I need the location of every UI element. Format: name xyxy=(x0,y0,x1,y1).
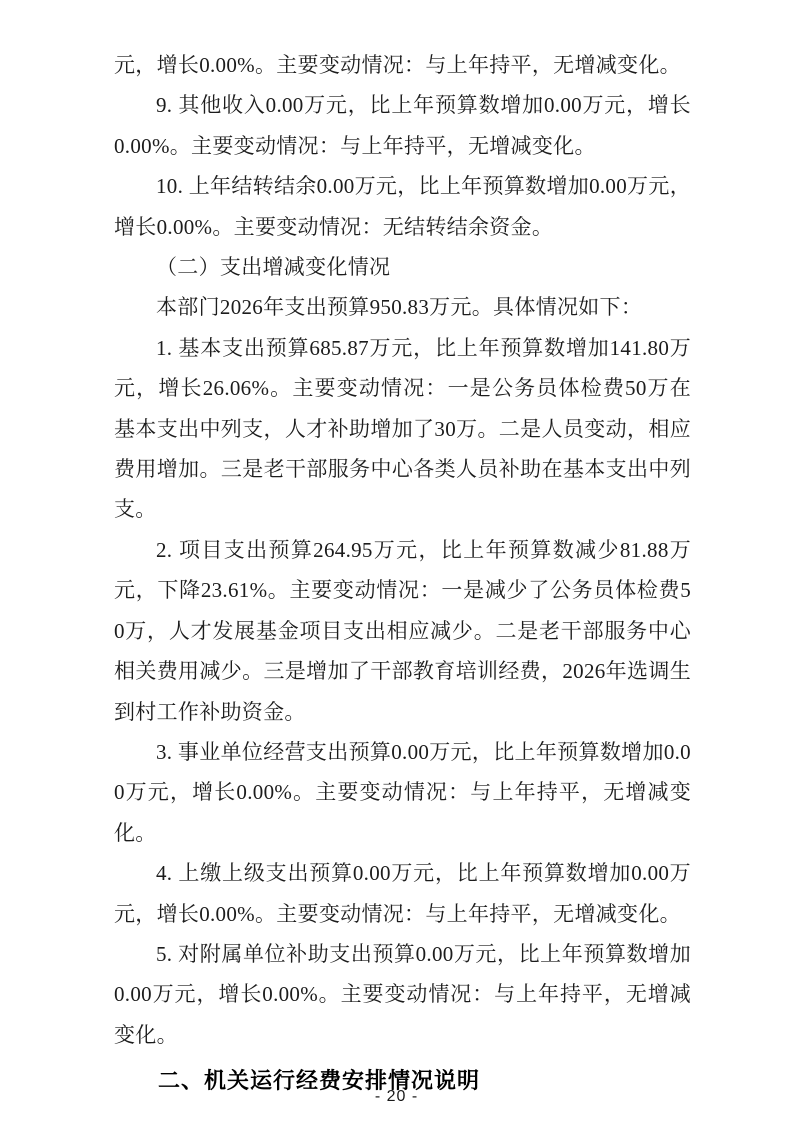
paragraph-item-9-other-income: 9. 其他收入0.00万元，比上年预算数增加0.00万元，增长0.00%。主要变… xyxy=(114,85,691,166)
document-page: 元，增长0.00%。主要变动情况：与上年持平，无增减变化。 9. 其他收入0.0… xyxy=(0,0,793,1122)
page-number: - 20 - xyxy=(375,1088,418,1105)
paragraph-item-2-project-expenditure: 2. 项目支出预算264.95万元，比上年预算数减少81.88万元，下降23.6… xyxy=(114,530,691,732)
paragraph-item-3-operating-expenditure: 3. 事业单位经营支出预算0.00万元，比上年预算数增加0.00万元，增长0.0… xyxy=(114,732,691,853)
page-footer: - 20 - xyxy=(0,1088,793,1106)
paragraph-item-1-basic-expenditure: 1. 基本支出预算685.87万元，比上年预算数增加141.80万元，增长26.… xyxy=(114,328,691,530)
paragraph-continuation: 元，增长0.00%。主要变动情况：与上年持平，无增减变化。 xyxy=(114,45,691,85)
paragraph-item-4-upward-payment: 4. 上缴上级支出预算0.00万元，比上年预算数增加0.00万元，增长0.00%… xyxy=(114,853,691,934)
paragraph-expenditure-summary: 本部门2026年支出预算950.83万元。具体情况如下： xyxy=(114,287,691,327)
paragraph-item-10-carryover: 10. 上年结转结余0.00万元，比上年预算数增加0.00万元，增长0.00%。… xyxy=(114,166,691,247)
document-body: 元，增长0.00%。主要变动情况：与上年持平，无增减变化。 9. 其他收入0.0… xyxy=(114,45,691,1102)
subsection-title-expenditure-changes: （二）支出增减变化情况 xyxy=(114,247,691,287)
paragraph-item-5-subsidy-expenditure: 5. 对附属单位补助支出预算0.00万元，比上年预算数增加0.00万元，增长0.… xyxy=(114,934,691,1055)
